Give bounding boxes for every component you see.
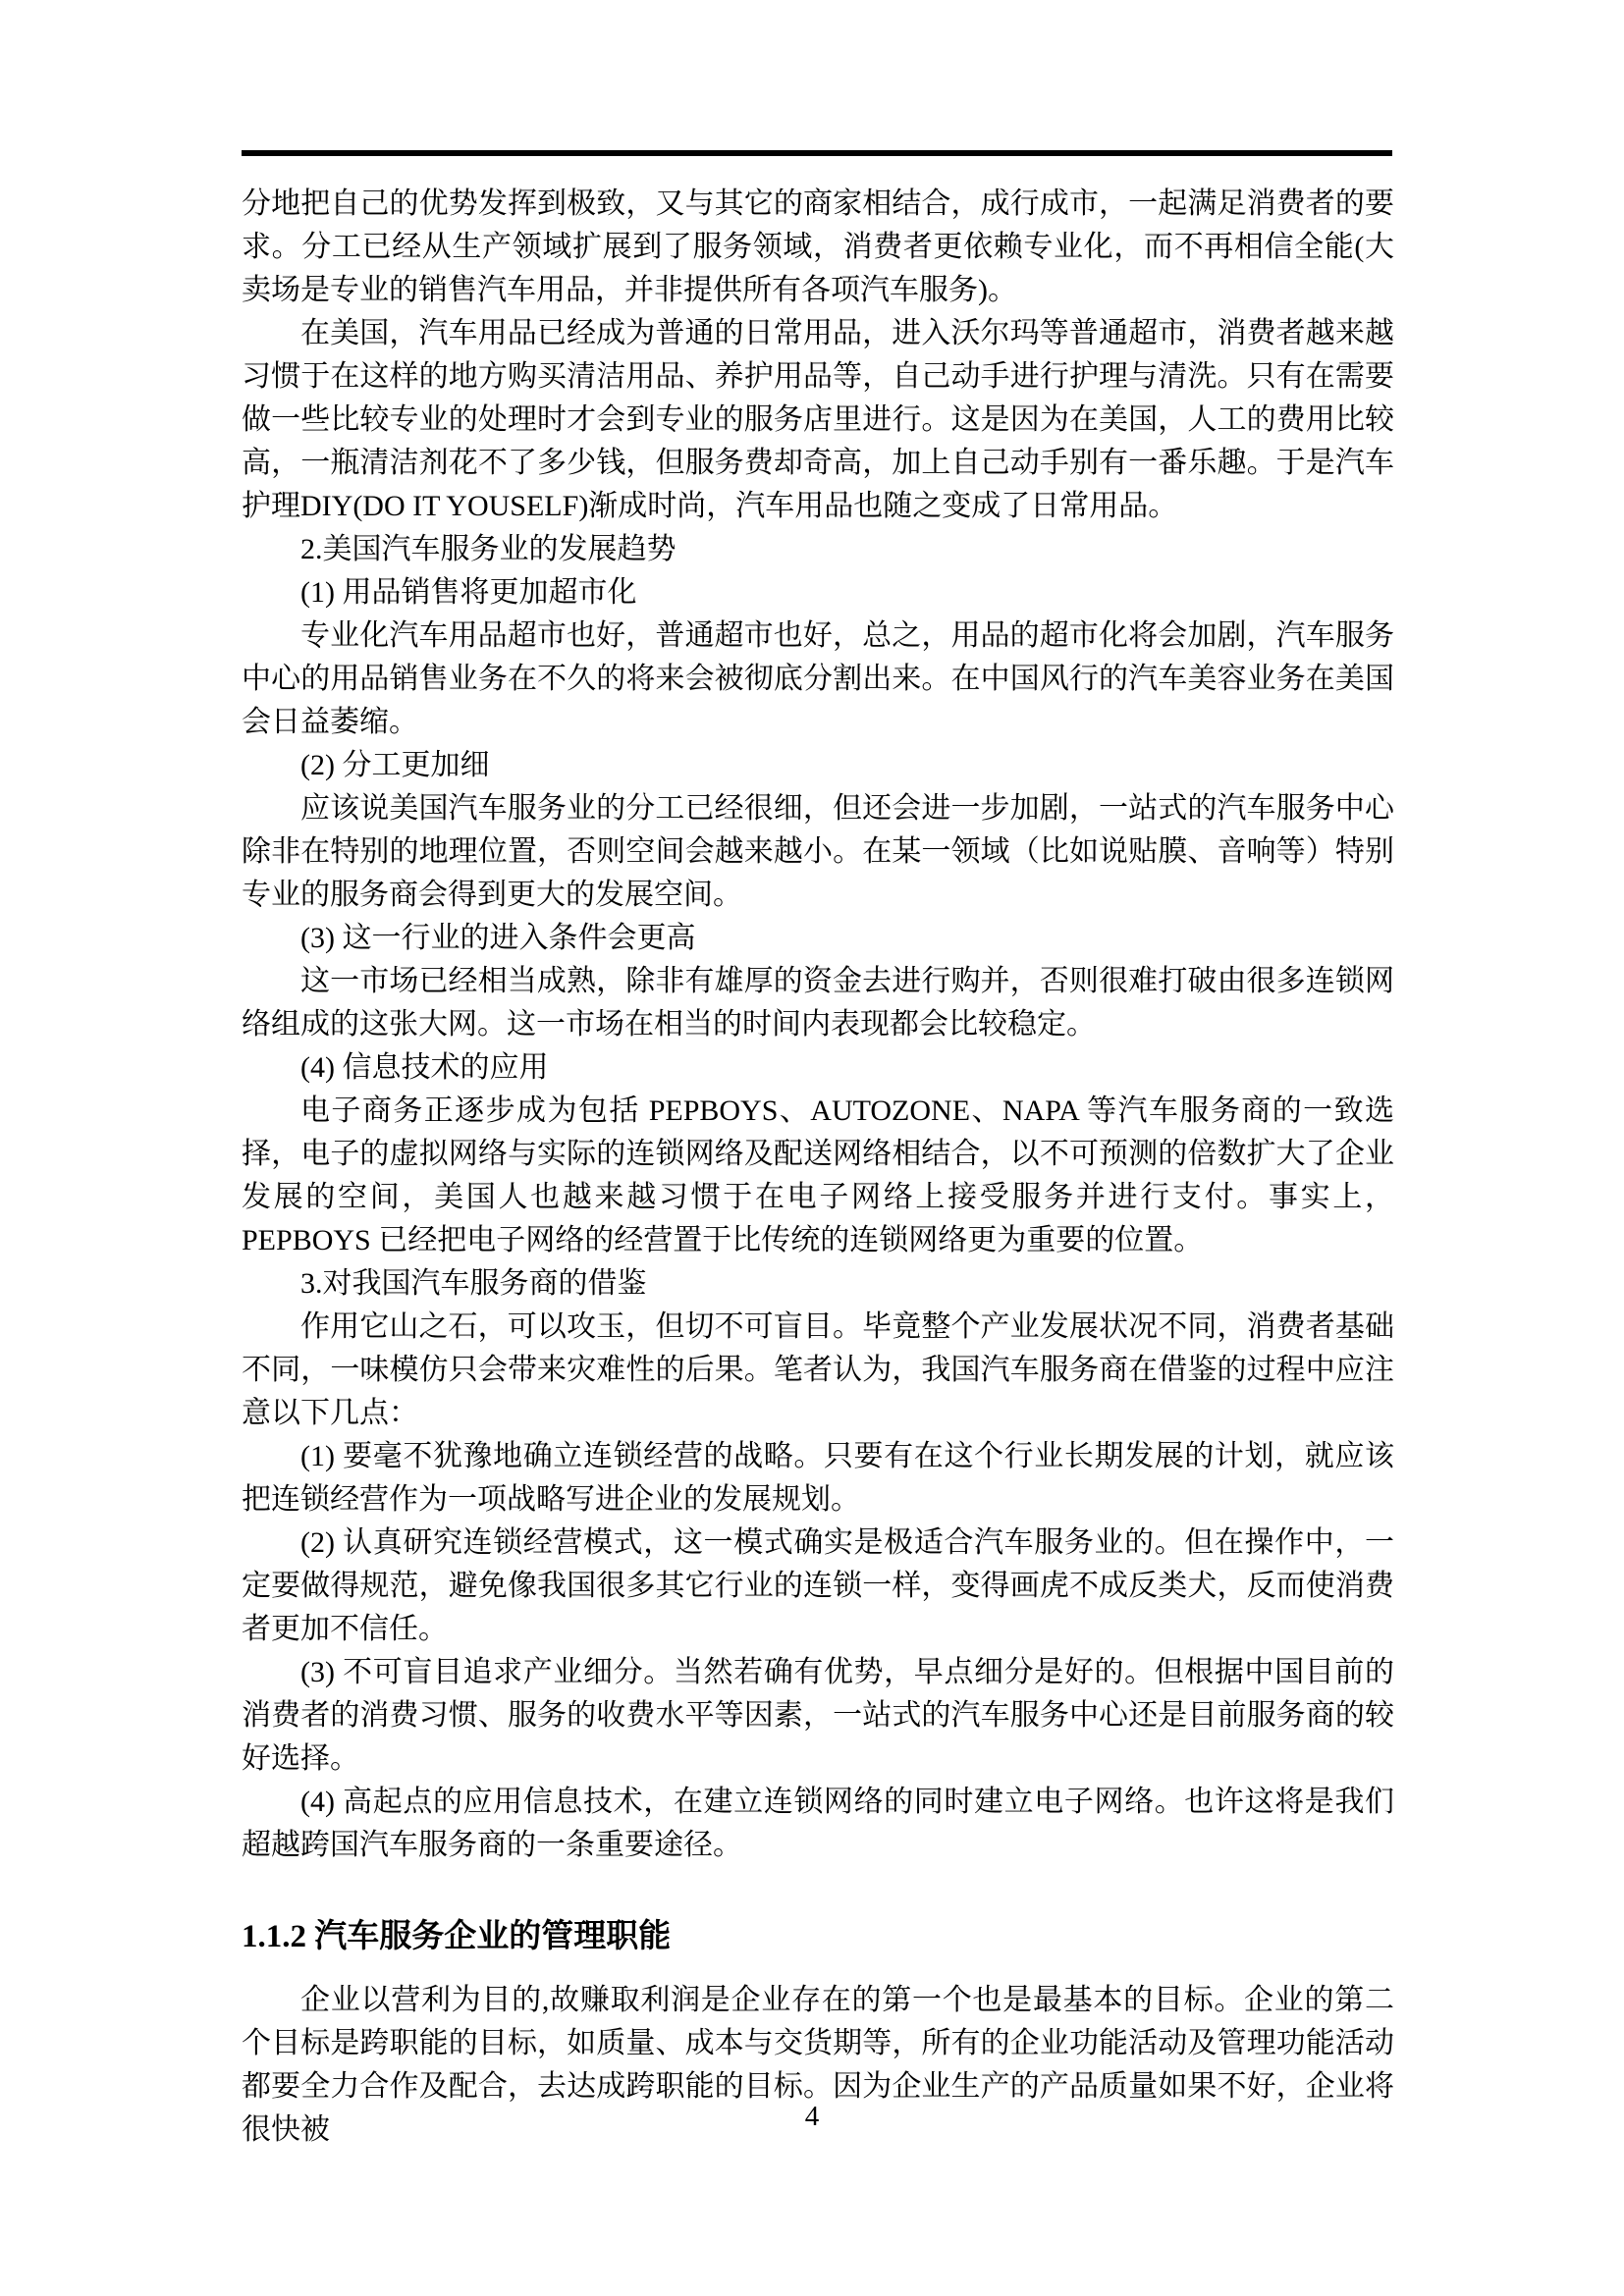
list-item: (1) 要毫不犹豫地确立连锁经营的战略。只要有在这个行业长期发展的计划，就应该把… bbox=[242, 1435, 1394, 1522]
list-item-heading: (4) 信息技术的应用 bbox=[242, 1046, 1394, 1090]
paragraph: 作用它山之石，可以攻玉，但切不可盲目。毕竟整个产业发展状况不同，消费者基础不同，… bbox=[242, 1306, 1394, 1435]
numbered-subheading: 2.美国汽车服务业的发展趋势 bbox=[242, 528, 1394, 571]
paragraph: 专业化汽车用品超市也好，普通超市也好，总之，用品的超市化将会加剧，汽车服务中心的… bbox=[242, 614, 1394, 744]
list-item: (4) 高起点的应用信息技术，在建立连锁网络的同时建立电子网络。也许这将是我们超… bbox=[242, 1781, 1394, 1867]
list-item-heading: (1) 用品销售将更加超市化 bbox=[242, 571, 1394, 614]
document-body: 分地把自己的优势发挥到极致，又与其它的商家相结合，成行成市，一起满足消费者的要求… bbox=[242, 183, 1394, 2152]
paragraph: 在美国，汽车用品已经成为普通的日常用品，进入沃尔玛等普通超市，消费者越来越习惯于… bbox=[242, 312, 1394, 528]
list-item-heading: (2) 分工更加细 bbox=[242, 744, 1394, 787]
numbered-subheading: 3.对我国汽车服务商的借鉴 bbox=[242, 1262, 1394, 1306]
list-item: (2) 认真研究连锁经营模式，这一模式确实是极适合汽车服务业的。但在操作中，一定… bbox=[242, 1522, 1394, 1651]
header-rule bbox=[242, 150, 1392, 156]
paragraph: 这一市场已经相当成熟，除非有雄厚的资金去进行购并，否则很难打破由很多连锁网络组成… bbox=[242, 960, 1394, 1046]
list-item-heading: (3) 这一行业的进入条件会更高 bbox=[242, 917, 1394, 960]
list-item: (3) 不可盲目追求产业细分。当然若确有优势，早点细分是好的。但根据中国目前的消… bbox=[242, 1651, 1394, 1781]
paragraph: 应该说美国汽车服务业的分工已经很细，但还会进一步加剧，一站式的汽车服务中心除非在… bbox=[242, 787, 1394, 917]
paragraph: 电子商务正逐步成为包括 PEPBOYS、AUTOZONE、NAPA 等汽车服务商… bbox=[242, 1090, 1394, 1262]
paragraph-continuation: 分地把自己的优势发挥到极致，又与其它的商家相结合，成行成市，一起满足消费者的要求… bbox=[242, 183, 1394, 312]
document-page: 分地把自己的优势发挥到极致，又与其它的商家相结合，成行成市，一起满足消费者的要求… bbox=[0, 0, 1624, 2296]
page-number: 4 bbox=[0, 2097, 1624, 2136]
section-heading: 1.1.2 汽车服务企业的管理职能 bbox=[242, 1912, 1394, 1961]
